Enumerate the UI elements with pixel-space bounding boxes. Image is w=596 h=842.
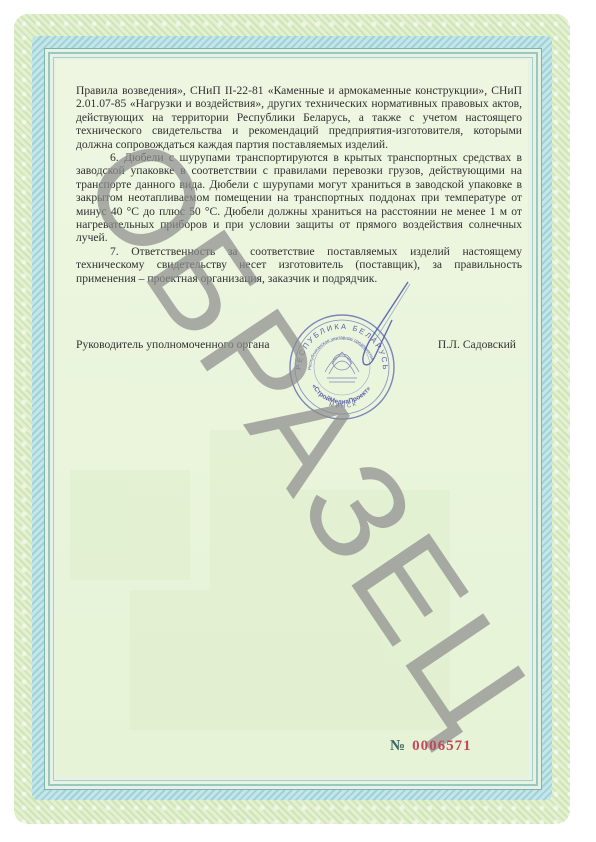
paragraph-7: 7. Ответственность за соответствие поста… xyxy=(76,245,522,285)
paragraph-continuation: Правила возведения», СНиП II-22-81 «Каме… xyxy=(76,84,522,151)
serial-number: №0006571 xyxy=(390,738,472,755)
signatory-name: П.Л. Садовский xyxy=(438,338,516,351)
signatory-title: Руководитель уполномоченного органа xyxy=(76,338,269,351)
number-sign: № xyxy=(390,738,406,754)
document-body: Правила возведения», СНиП II-22-81 «Каме… xyxy=(76,84,522,285)
handwritten-signature-icon xyxy=(330,280,420,390)
paragraph-6: 6. Дюбели с шурупами транспортируются в … xyxy=(76,151,522,245)
background-building-image xyxy=(70,430,470,730)
serial-number-value: 0006571 xyxy=(412,738,472,754)
